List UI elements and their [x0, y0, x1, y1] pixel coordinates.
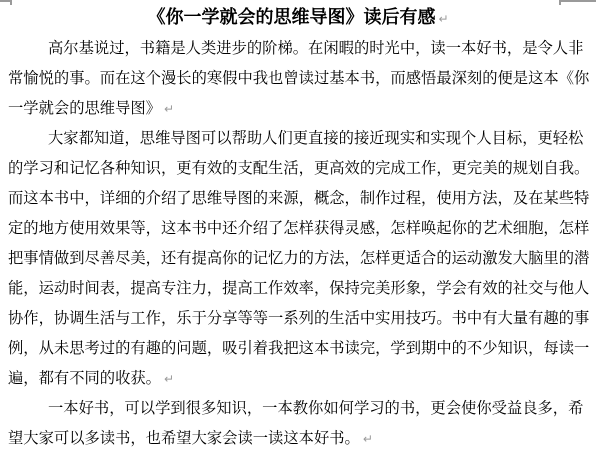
text-line[interactable]: 常愉悦的事。而在这个漫长的寒假中我也曾读过基本书，而感悟最深刻的便是这本《你	[8, 64, 588, 94]
paragraph-mark: ↵	[164, 102, 174, 116]
text-line[interactable]: 协作，协调生活与工作，乐于分享等等一系列的生活中实用技巧。书中有大量有趣的事	[8, 304, 588, 334]
line-text: 高尔基说过，书籍是人类进步的阶梯。在闲暇的时光中，读一本好书，是令人非	[48, 40, 583, 57]
text-line[interactable]: 能，运动时间表，提高专注力，提高工作效率，保持完美形象，学会有效的社交与他人	[8, 274, 588, 304]
line-text: 常愉悦的事。而在这个漫长的寒假中我也曾读过基本书，而感悟最深刻的便是这本《你	[8, 70, 589, 87]
text-line[interactable]: 一本好书，可以学到很多知识，一本教你如何学习的书，更会使你受益良多，希	[8, 394, 588, 424]
document-title[interactable]: 《你一学就会的思维导图》读后有感↵	[8, 2, 588, 34]
line-text: 定的地方使用效果等，这本书中还介绍了怎样获得灵感，怎样唤起你的艺术细胞，怎样	[8, 220, 589, 237]
text-line[interactable]: 一学就会的思维导图》↵	[8, 94, 588, 124]
text-line[interactable]: 大家都知道，思维导图可以帮助人们更直接的接近现实和实现个人目标，更轻松	[8, 124, 588, 154]
line-text: 遍，都有不同的收获。	[8, 370, 161, 387]
line-text: 把事情做到尽善尽美，还有提高你的记忆力的方法，怎样更适合的运动激发大脑里的潜	[8, 250, 589, 267]
paragraph-mark: ↵	[438, 12, 448, 26]
line-text: 的学习和记忆各种知识，更有效的支配生活，更高效的完成工作，更完美的规划自我。	[8, 160, 589, 177]
line-text: 例，从未思考过的有趣的问题，吸引着我把这本书读完，学到期中的不少知识，每读一	[8, 340, 589, 357]
line-text: 能，运动时间表，提高专注力，提高工作效率，保持完美形象，学会有效的社交与他人	[8, 280, 589, 297]
line-text: 一学就会的思维导图》	[8, 100, 161, 117]
title-text: 《你一学就会的思维导图》读后有感	[147, 7, 435, 27]
text-line[interactable]: 例，从未思考过的有趣的问题，吸引着我把这本书读完，学到期中的不少知识，每读一	[8, 334, 588, 364]
text-line[interactable]: 望大家可以多读书，也希望大家会读一读这本好书。↵	[8, 424, 588, 454]
text-line[interactable]: 把事情做到尽善尽美，还有提高你的记忆力的方法，怎样更适合的运动激发大脑里的潜	[8, 244, 588, 274]
text-line[interactable]: 高尔基说过，书籍是人类进步的阶梯。在闲暇的时光中，读一本好书，是令人非	[8, 34, 588, 64]
text-line[interactable]: 而这本书中，详细的介绍了思维导图的来源，概念，制作过程，使用方法，及在某些特	[8, 184, 588, 214]
paragraph-mark: ↵	[363, 432, 373, 446]
document-page[interactable]: 《你一学就会的思维导图》读后有感↵ 高尔基说过，书籍是人类进步的阶梯。在闲暇的时…	[0, 0, 596, 458]
text-line[interactable]: 的学习和记忆各种知识，更有效的支配生活，更高效的完成工作，更完美的规划自我。	[8, 154, 588, 184]
line-text: 一本好书，可以学到很多知识，一本教你如何学习的书，更会使你受益良多，希	[48, 400, 583, 417]
line-text: 而这本书中，详细的介绍了思维导图的来源，概念，制作过程，使用方法，及在某些特	[8, 190, 589, 207]
text-line[interactable]: 定的地方使用效果等，这本书中还介绍了怎样获得灵感，怎样唤起你的艺术细胞，怎样	[8, 214, 588, 244]
line-text: 协作，协调生活与工作，乐于分享等等一系列的生活中实用技巧。书中有大量有趣的事	[8, 310, 589, 327]
line-text: 大家都知道，思维导图可以帮助人们更直接的接近现实和实现个人目标，更轻松	[48, 130, 583, 147]
document-body[interactable]: 高尔基说过，书籍是人类进步的阶梯。在闲暇的时光中，读一本好书，是令人非常愉悦的事…	[8, 34, 588, 454]
document-content[interactable]: 《你一学就会的思维导图》读后有感↵ 高尔基说过，书籍是人类进步的阶梯。在闲暇的时…	[8, 2, 588, 454]
text-line[interactable]: 遍，都有不同的收获。↵	[8, 364, 588, 394]
paragraph-mark: ↵	[164, 372, 174, 386]
line-text: 望大家可以多读书，也希望大家会读一读这本好书。	[8, 430, 360, 447]
